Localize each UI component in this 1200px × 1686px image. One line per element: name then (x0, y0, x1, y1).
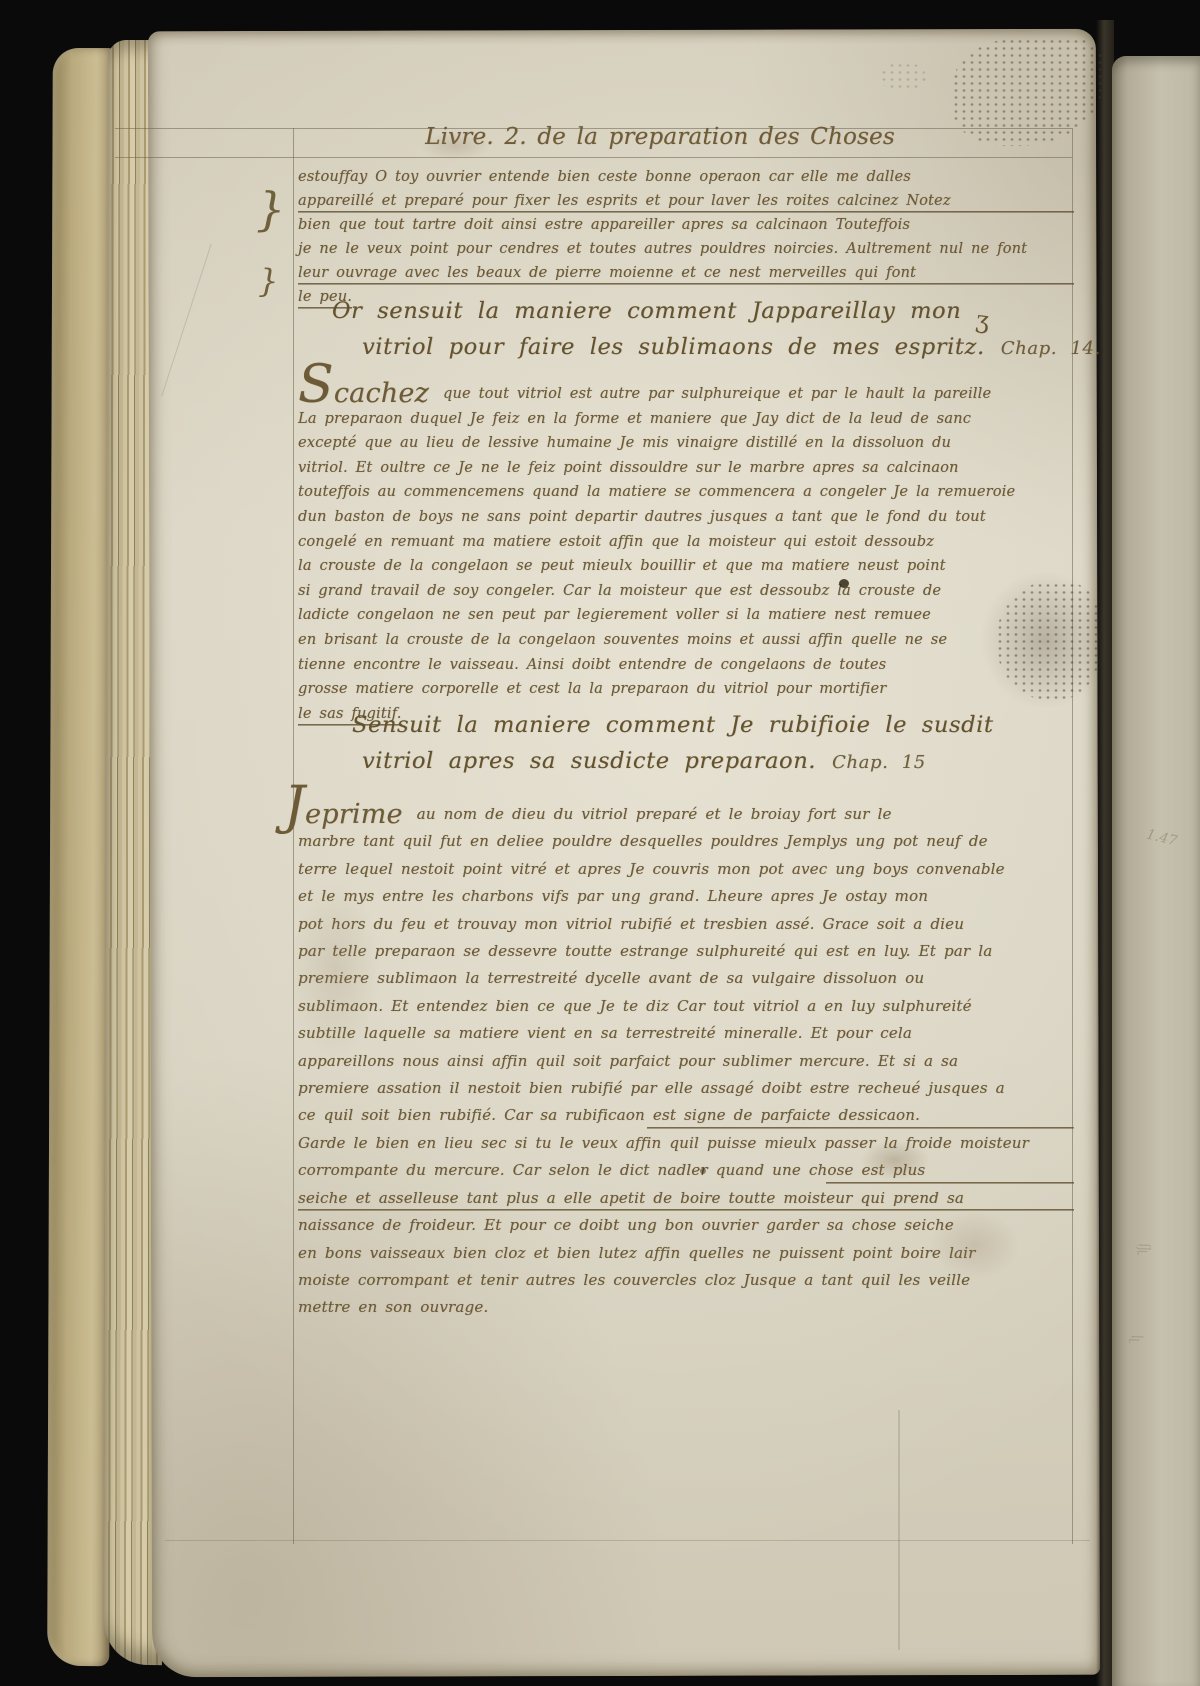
manuscript-line: sublimaon. Et entendez bien ce que Je te… (298, 993, 1074, 1020)
manuscript-line: ladicte congelaon ne sen peut par legier… (298, 603, 1074, 628)
manuscript-line: et le mys entre les charbons vifs par un… (298, 883, 1074, 910)
manuscript-line: leur ouvrage avec les beaux de pierre mo… (298, 261, 1074, 285)
manuscript-line: La preparaon duquel Je feiz en la forme … (298, 407, 1074, 432)
manuscript-line: pot hors du feu et trouvay mon vitriol r… (298, 911, 1074, 938)
drop-cap-word: Scachez (298, 367, 429, 404)
chapter14-heading-text: vitriol pour faire les sublimaons de mes… (362, 334, 985, 360)
chapter15-heading-line1: Sensuit la maniere comment Je rubifioie … (352, 712, 994, 738)
manuscript-line: touteffois au commencemens quand la mati… (298, 480, 1074, 505)
manuscript-line: corrompante du mercure. Car selon le dic… (298, 1157, 1074, 1184)
manuscript-line: la crouste de la congelaon se peut mieul… (298, 554, 1074, 579)
chapter14-body: Scachezque tout vitriol est autre par su… (298, 367, 1074, 726)
ruled-line-bottom (165, 1540, 1090, 1541)
manuscript-line-text: que tout vitriol est autre par sulphurei… (443, 386, 991, 402)
manuscript-line: premiere sublimaon la terrestreité dycel… (298, 965, 1074, 992)
manuscript-line-text: au nom de dieu du vitriol preparé et le … (417, 805, 892, 823)
manuscript-line: vitriol. Et oultre ce Je ne le feiz poin… (298, 456, 1074, 481)
manuscript-line: grosse matiere corporelle et cest la la … (298, 677, 1074, 702)
manuscript-line: premiere assation il nestoit bien rubifi… (298, 1075, 1074, 1102)
manuscript-line: Garde le bien en lieu sec si tu le veux … (298, 1130, 1074, 1157)
manuscript-line: tienne encontre le vaisseau. Ainsi doibt… (298, 653, 1074, 678)
manuscript-line: marbre tant quil fut en deliee pouldre d… (298, 828, 1074, 855)
manuscript-line: je ne le veux point pour cendres et tout… (298, 237, 1074, 261)
margin-brace-mark: } (258, 262, 278, 300)
manuscript-line: congelé en remuant ma matiere estoit aff… (298, 530, 1074, 555)
drop-cap-word: Jeprime (284, 788, 403, 825)
ink-blot (700, 1168, 706, 1174)
manuscript-line: terre lequel nestoit point vitré et apre… (298, 856, 1074, 883)
manuscript-line: dun baston de boys ne sans point departi… (298, 505, 1074, 530)
manuscript-line: estouffay O toy ouvrier entende bien ces… (298, 165, 1074, 189)
manuscript-line: mettre en son ouvrage. (298, 1294, 1074, 1321)
chapter15-number: Chap. 15 (832, 752, 926, 773)
manuscript-photo: 1.47 ᥦᥧ ᥣᥨ Livre. 2. de la preparation d… (0, 0, 1200, 1686)
damp-stain (930, 1210, 1020, 1280)
intro-paragraph: estouffay O toy ouvrier entende bien ces… (298, 165, 1074, 309)
manuscript-line: seiche et asselleuse tant plus a elle ap… (298, 1185, 1074, 1212)
manuscript-line: appareillons nous ainsi affin quil soit … (298, 1048, 1074, 1075)
paper-crease (898, 1410, 900, 1650)
ruled-line-under-title (115, 157, 1072, 158)
chapter14-number: Chap. 14. (1001, 338, 1101, 359)
chapter15-heading-text: vitriol apres sa susdicte preparaon. (362, 748, 816, 774)
manuscript-line: Scachezque tout vitriol est autre par su… (298, 367, 1074, 407)
manuscript-line: par telle preparaon se dessevre toutte e… (298, 938, 1074, 965)
manuscript-line: subtille laquelle sa matiere vient en sa… (298, 1020, 1074, 1047)
next-page-sliver (1112, 56, 1200, 1686)
ruled-line-left-margin (293, 128, 294, 1544)
smudge-stain (860, 1140, 930, 1180)
manuscript-line: ce quil soit bien rubifié. Car sa rubifi… (298, 1102, 1074, 1129)
chapter15-heading-line2: vitriol apres sa susdicte preparaon.Chap… (362, 748, 926, 774)
foxing-stain (880, 62, 926, 92)
margin-brace-mark: } (256, 182, 285, 236)
damp-stain (420, 132, 490, 160)
manuscript-line: excepté que au lieu de lessive humaine J… (298, 431, 1074, 456)
manuscript-line: bien que tout tartre doit ainsi estre ap… (298, 213, 1074, 237)
manuscript-line: en brisant la crouste de la congelaon so… (298, 628, 1074, 653)
chapter14-heading-line2: vitriol pour faire les sublimaons de mes… (362, 334, 1101, 360)
ink-stain-speckles (996, 582, 1100, 700)
running-title: Livre. 2. de la preparation des Choses (310, 124, 1010, 150)
ink-blot (839, 579, 849, 588)
chapter14-heading-line1: Or sensuit la maniere comment Jappareill… (332, 298, 961, 324)
damp-stain (290, 880, 380, 1060)
manuscript-line: appareillé et preparé pour fixer les esp… (298, 189, 1074, 213)
manuscript-line: Jeprimeau nom de dieu du vitriol preparé… (298, 788, 1074, 828)
manuscript-line: si grand travail de soy congeler. Car la… (298, 579, 1074, 604)
